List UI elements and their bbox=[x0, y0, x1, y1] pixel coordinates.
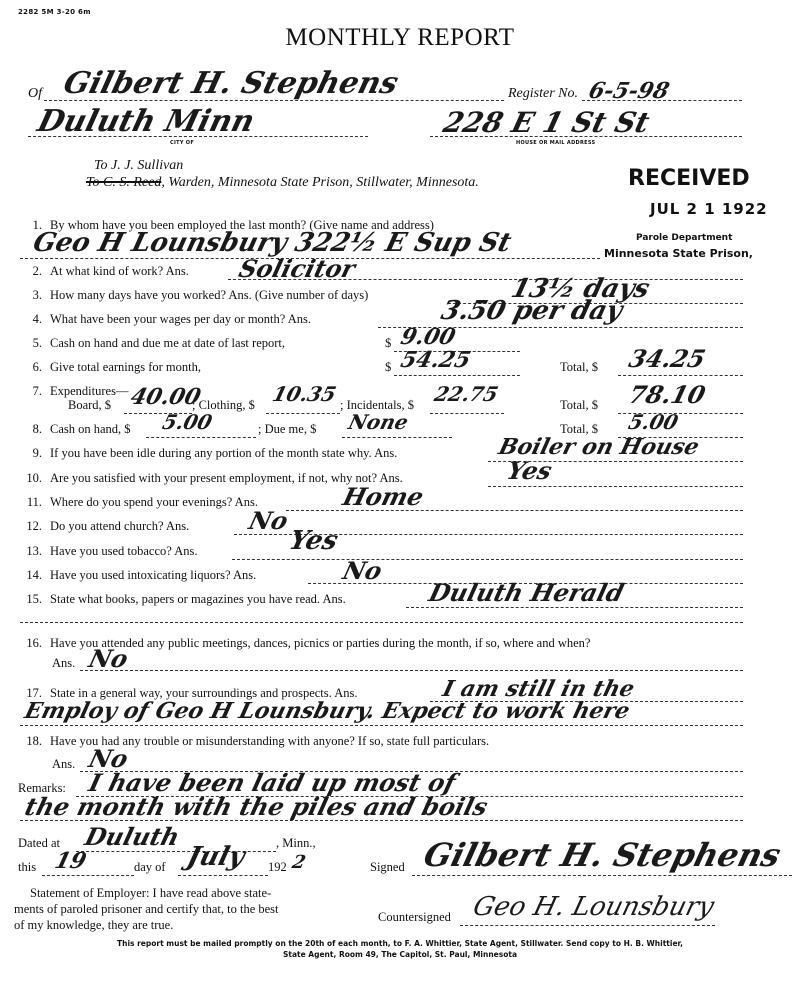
total-6: 34.25 bbox=[626, 344, 708, 373]
answer-line-13 bbox=[232, 559, 743, 560]
answer-13: Yes bbox=[286, 526, 341, 556]
answer-14: No bbox=[340, 556, 385, 585]
answer-4: 3.50 per day bbox=[438, 296, 625, 326]
question-10: 10.Are you satisfied with your present e… bbox=[20, 471, 403, 486]
clothing-amount: 10.35 bbox=[270, 382, 339, 406]
amount-line-6 bbox=[394, 375, 520, 376]
answer-17-line2: Employ of Geo H Lounsbury. Expect to wor… bbox=[22, 698, 632, 724]
answer-line-17b bbox=[20, 725, 743, 726]
due-amount: None bbox=[346, 410, 411, 434]
day-line bbox=[42, 875, 134, 876]
countersigned-line bbox=[460, 925, 715, 926]
answer-2: Solicitor bbox=[236, 254, 358, 283]
question-9: 9.If you have been idle during any porti… bbox=[20, 446, 397, 461]
ans-label-18: Ans. bbox=[52, 757, 75, 772]
stamp-department: Parole Department bbox=[636, 233, 732, 243]
dated-month: July bbox=[184, 842, 248, 872]
year-suffix: 2 bbox=[290, 852, 308, 873]
question-6: 6.Give total earnings for month, bbox=[20, 360, 201, 375]
warden-text: , Warden, Minnesota State Prison, Stillw… bbox=[161, 175, 478, 190]
employer-statement-1: Statement of Employer: I have read above… bbox=[30, 886, 271, 901]
footer-instructions: This report must be mailed promptly on t… bbox=[0, 938, 800, 960]
cash-line bbox=[146, 437, 256, 438]
answer-line-15b bbox=[20, 622, 743, 623]
total-label-7: Total, $ bbox=[560, 398, 598, 413]
total-line-6 bbox=[618, 375, 743, 376]
received-stamp: RECEIVED bbox=[628, 166, 750, 191]
answer-16: No bbox=[86, 644, 131, 673]
question-15: 15.State what books, papers or magazines… bbox=[20, 592, 346, 607]
handwritten-city: Duluth Minn bbox=[34, 104, 258, 139]
due-label: ; Due me, $ bbox=[258, 422, 316, 437]
dated-state: , Minn., bbox=[276, 836, 316, 851]
question-4: 4.What have been your wages per day or m… bbox=[20, 312, 311, 327]
incidentals-amount: 22.75 bbox=[432, 382, 501, 406]
question-14: 14.Have you used intoxicating liquors? A… bbox=[20, 568, 256, 583]
question-7: 7.Expenditures— bbox=[20, 384, 128, 399]
dated-label: Dated at bbox=[18, 836, 60, 851]
question-3: 3.How many days have you worked? Ans. (G… bbox=[20, 288, 368, 303]
stamp-date: JUL 2 1 1922 bbox=[650, 200, 768, 218]
countersigned-signature: Geo H. Lounsbury bbox=[470, 892, 717, 922]
dollar-sign-5: $ bbox=[385, 336, 391, 351]
answer-line-15 bbox=[406, 607, 743, 608]
handwritten-address: 228 E 1 St St bbox=[440, 106, 653, 139]
due-line bbox=[342, 437, 452, 438]
question-13: 13.Have you used tobacco? Ans. bbox=[20, 544, 198, 559]
register-label: Register No. bbox=[508, 86, 578, 102]
to-line: To J. J. Sullivan bbox=[94, 158, 183, 174]
total-8: 5.00 bbox=[626, 410, 681, 434]
ans-label-16: Ans. bbox=[52, 656, 75, 671]
handwritten-register-no: 6-5-98 bbox=[586, 78, 672, 104]
answer-10: Yes bbox=[504, 456, 555, 485]
answer-line-10 bbox=[488, 486, 743, 487]
form-code: 2282 5M 3-20 6m bbox=[18, 8, 91, 16]
cash-amount: 5.00 bbox=[160, 410, 215, 434]
question-8: 8.Cash on hand, $ bbox=[20, 422, 131, 437]
answer-12: No bbox=[246, 506, 291, 535]
employer-statement-3: of my knowledge, they are true. bbox=[14, 918, 173, 933]
clothing-line bbox=[266, 413, 340, 414]
city-caption: CITY OF bbox=[170, 140, 194, 146]
dated-place-line bbox=[76, 851, 276, 852]
warden-line: To C. S. Reed, Warden, Minnesota State P… bbox=[86, 175, 479, 191]
stamp-institution: Minnesota State Prison, bbox=[604, 247, 753, 260]
question-18: 18.Have you had any trouble or misunders… bbox=[20, 734, 489, 749]
answer-11: Home bbox=[340, 482, 427, 511]
handwritten-name: Gilbert H. Stephens bbox=[60, 66, 402, 101]
board-label: Board, $ bbox=[68, 398, 111, 413]
question-12: 12.Do you attend church? Ans. bbox=[20, 519, 189, 534]
total-7: 78.10 bbox=[626, 380, 708, 409]
month-line bbox=[178, 875, 268, 876]
remarks-text-2: the month with the piles and boils bbox=[22, 792, 491, 821]
dated-place: Duluth bbox=[82, 822, 183, 851]
year-prefix: 192 bbox=[268, 860, 287, 875]
question-2: 2.At what kind of work? Ans. bbox=[20, 264, 189, 279]
signed-label: Signed bbox=[370, 860, 405, 875]
address-caption: HOUSE OR MAIL ADDRESS bbox=[516, 140, 595, 146]
page-title: MONTHLY REPORT bbox=[0, 24, 800, 52]
question-5: 5.Cash on hand and due me at date of las… bbox=[20, 336, 285, 351]
signed-line bbox=[412, 875, 792, 876]
question-11: 11.Where do you spend your evenings? Ans… bbox=[20, 495, 258, 510]
dollar-sign-6: $ bbox=[385, 360, 391, 375]
incidentals-line bbox=[430, 413, 504, 414]
answer-15: Duluth Herald bbox=[426, 578, 627, 607]
countersigned-label: Countersigned bbox=[378, 910, 451, 925]
day-of-label: day of bbox=[134, 860, 166, 875]
amount-6: 54.25 bbox=[398, 347, 473, 373]
this-label: this bbox=[18, 860, 36, 875]
of-label: Of bbox=[28, 86, 42, 102]
answer-line-16 bbox=[80, 670, 743, 671]
employer-statement-2: ments of paroled prisoner and certify th… bbox=[14, 902, 279, 917]
signed-signature: Gilbert H. Stephens bbox=[420, 836, 785, 874]
total-label-6: Total, $ bbox=[560, 360, 598, 375]
struck-name: To C. S. Reed bbox=[86, 175, 161, 190]
dated-day: 19 bbox=[52, 848, 89, 874]
